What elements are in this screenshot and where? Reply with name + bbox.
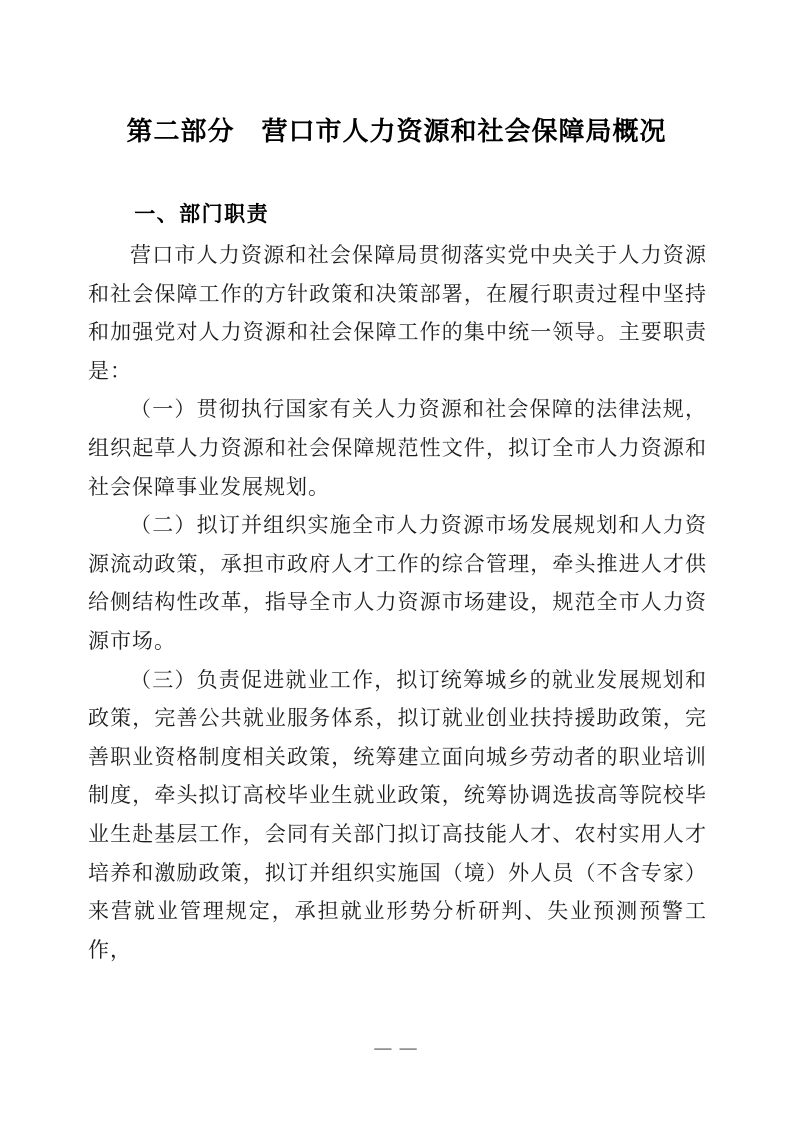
body-paragraph: （二）拟订并组织实施全市人力资源市场发展规划和人力资源流动政策，承担市政府人才工…: [88, 506, 707, 660]
section-heading: 一、部门职责: [88, 200, 707, 230]
document-body: 一、部门职责 营口市人力资源和社会保障局贯彻落实党中央关于人力资源和社会保障工作…: [88, 200, 707, 969]
document-title: 第二部分 营口市人力资源和社会保障局概况: [0, 0, 793, 150]
body-paragraph: （一）贯彻执行国家有关人力资源和社会保障的法律法规，组织起草人力资源和社会保障规…: [88, 390, 707, 506]
body-paragraph: （三）负责促进就业工作，拟订统筹城乡的就业发展规划和政策，完善公共就业服务体系，…: [88, 661, 707, 970]
body-paragraph: 营口市人力资源和社会保障局贯彻落实党中央关于人力资源和社会保障工作的方针政策和决…: [88, 236, 707, 390]
page-number: — —: [0, 1038, 793, 1058]
document-page: 第二部分 营口市人力资源和社会保障局概况 一、部门职责 营口市人力资源和社会保障…: [0, 0, 793, 1122]
